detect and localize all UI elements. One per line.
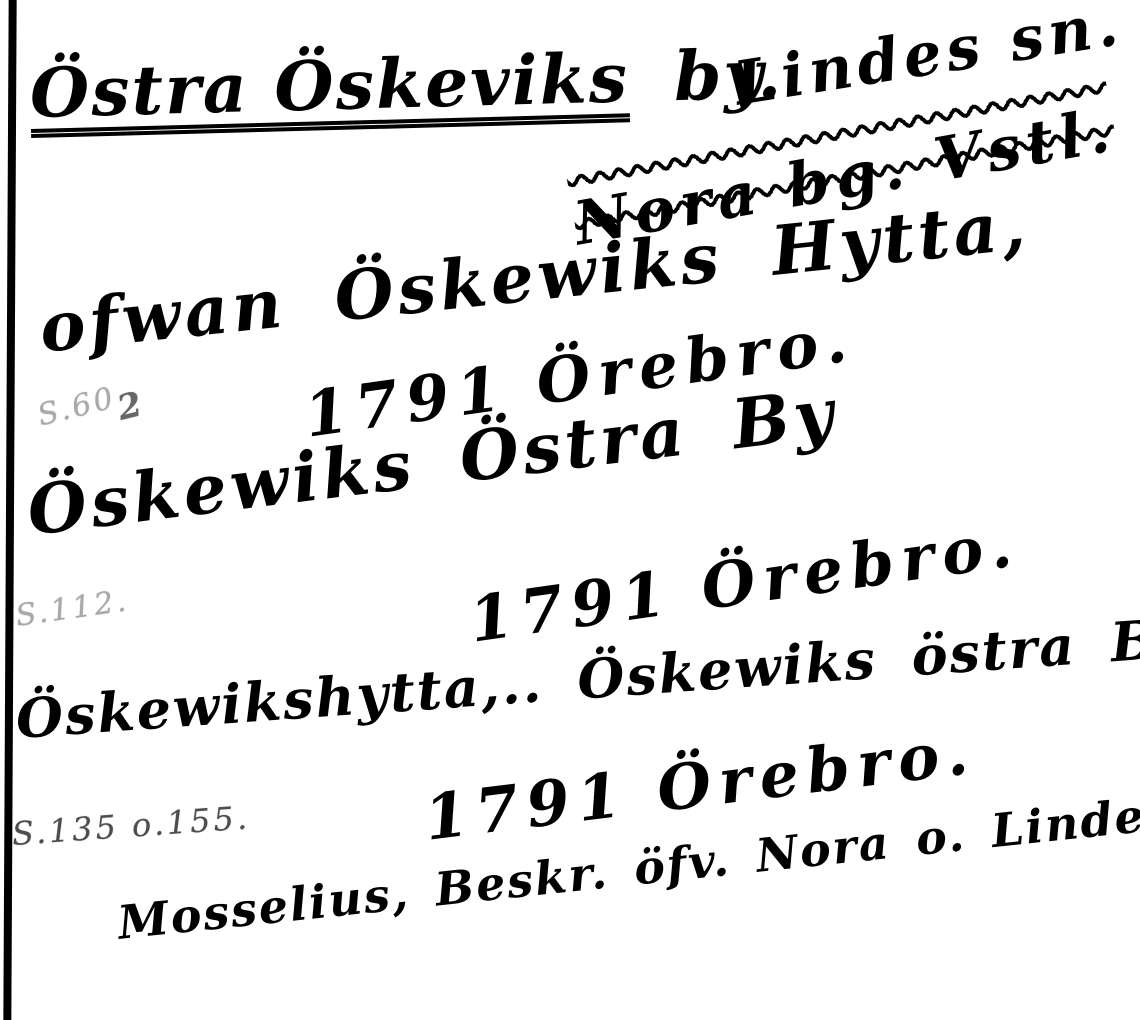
manuscript-page: Östra Öskeviksby. Lindes sn. Nora bg. Vs… bbox=[0, 0, 1140, 1020]
page-edge-line bbox=[3, 0, 16, 1020]
margin-page-ref-text: S.60 bbox=[34, 380, 119, 433]
margin-page-ref: S.112. bbox=[14, 586, 131, 632]
page-title: Östra Öskeviksby. bbox=[29, 40, 784, 128]
entry-name-line: ofwan Öskewiks Hytta, bbox=[36, 191, 1032, 363]
margin-page-ref: S.135 o.155. bbox=[11, 801, 251, 850]
margin-page-ref-sub: 2 bbox=[114, 386, 148, 425]
margin-page-ref: S.602 bbox=[34, 373, 145, 432]
title-place-name: Östra Öskeviks bbox=[29, 38, 630, 134]
parish-annotation: Lindes sn. bbox=[730, 0, 1126, 115]
